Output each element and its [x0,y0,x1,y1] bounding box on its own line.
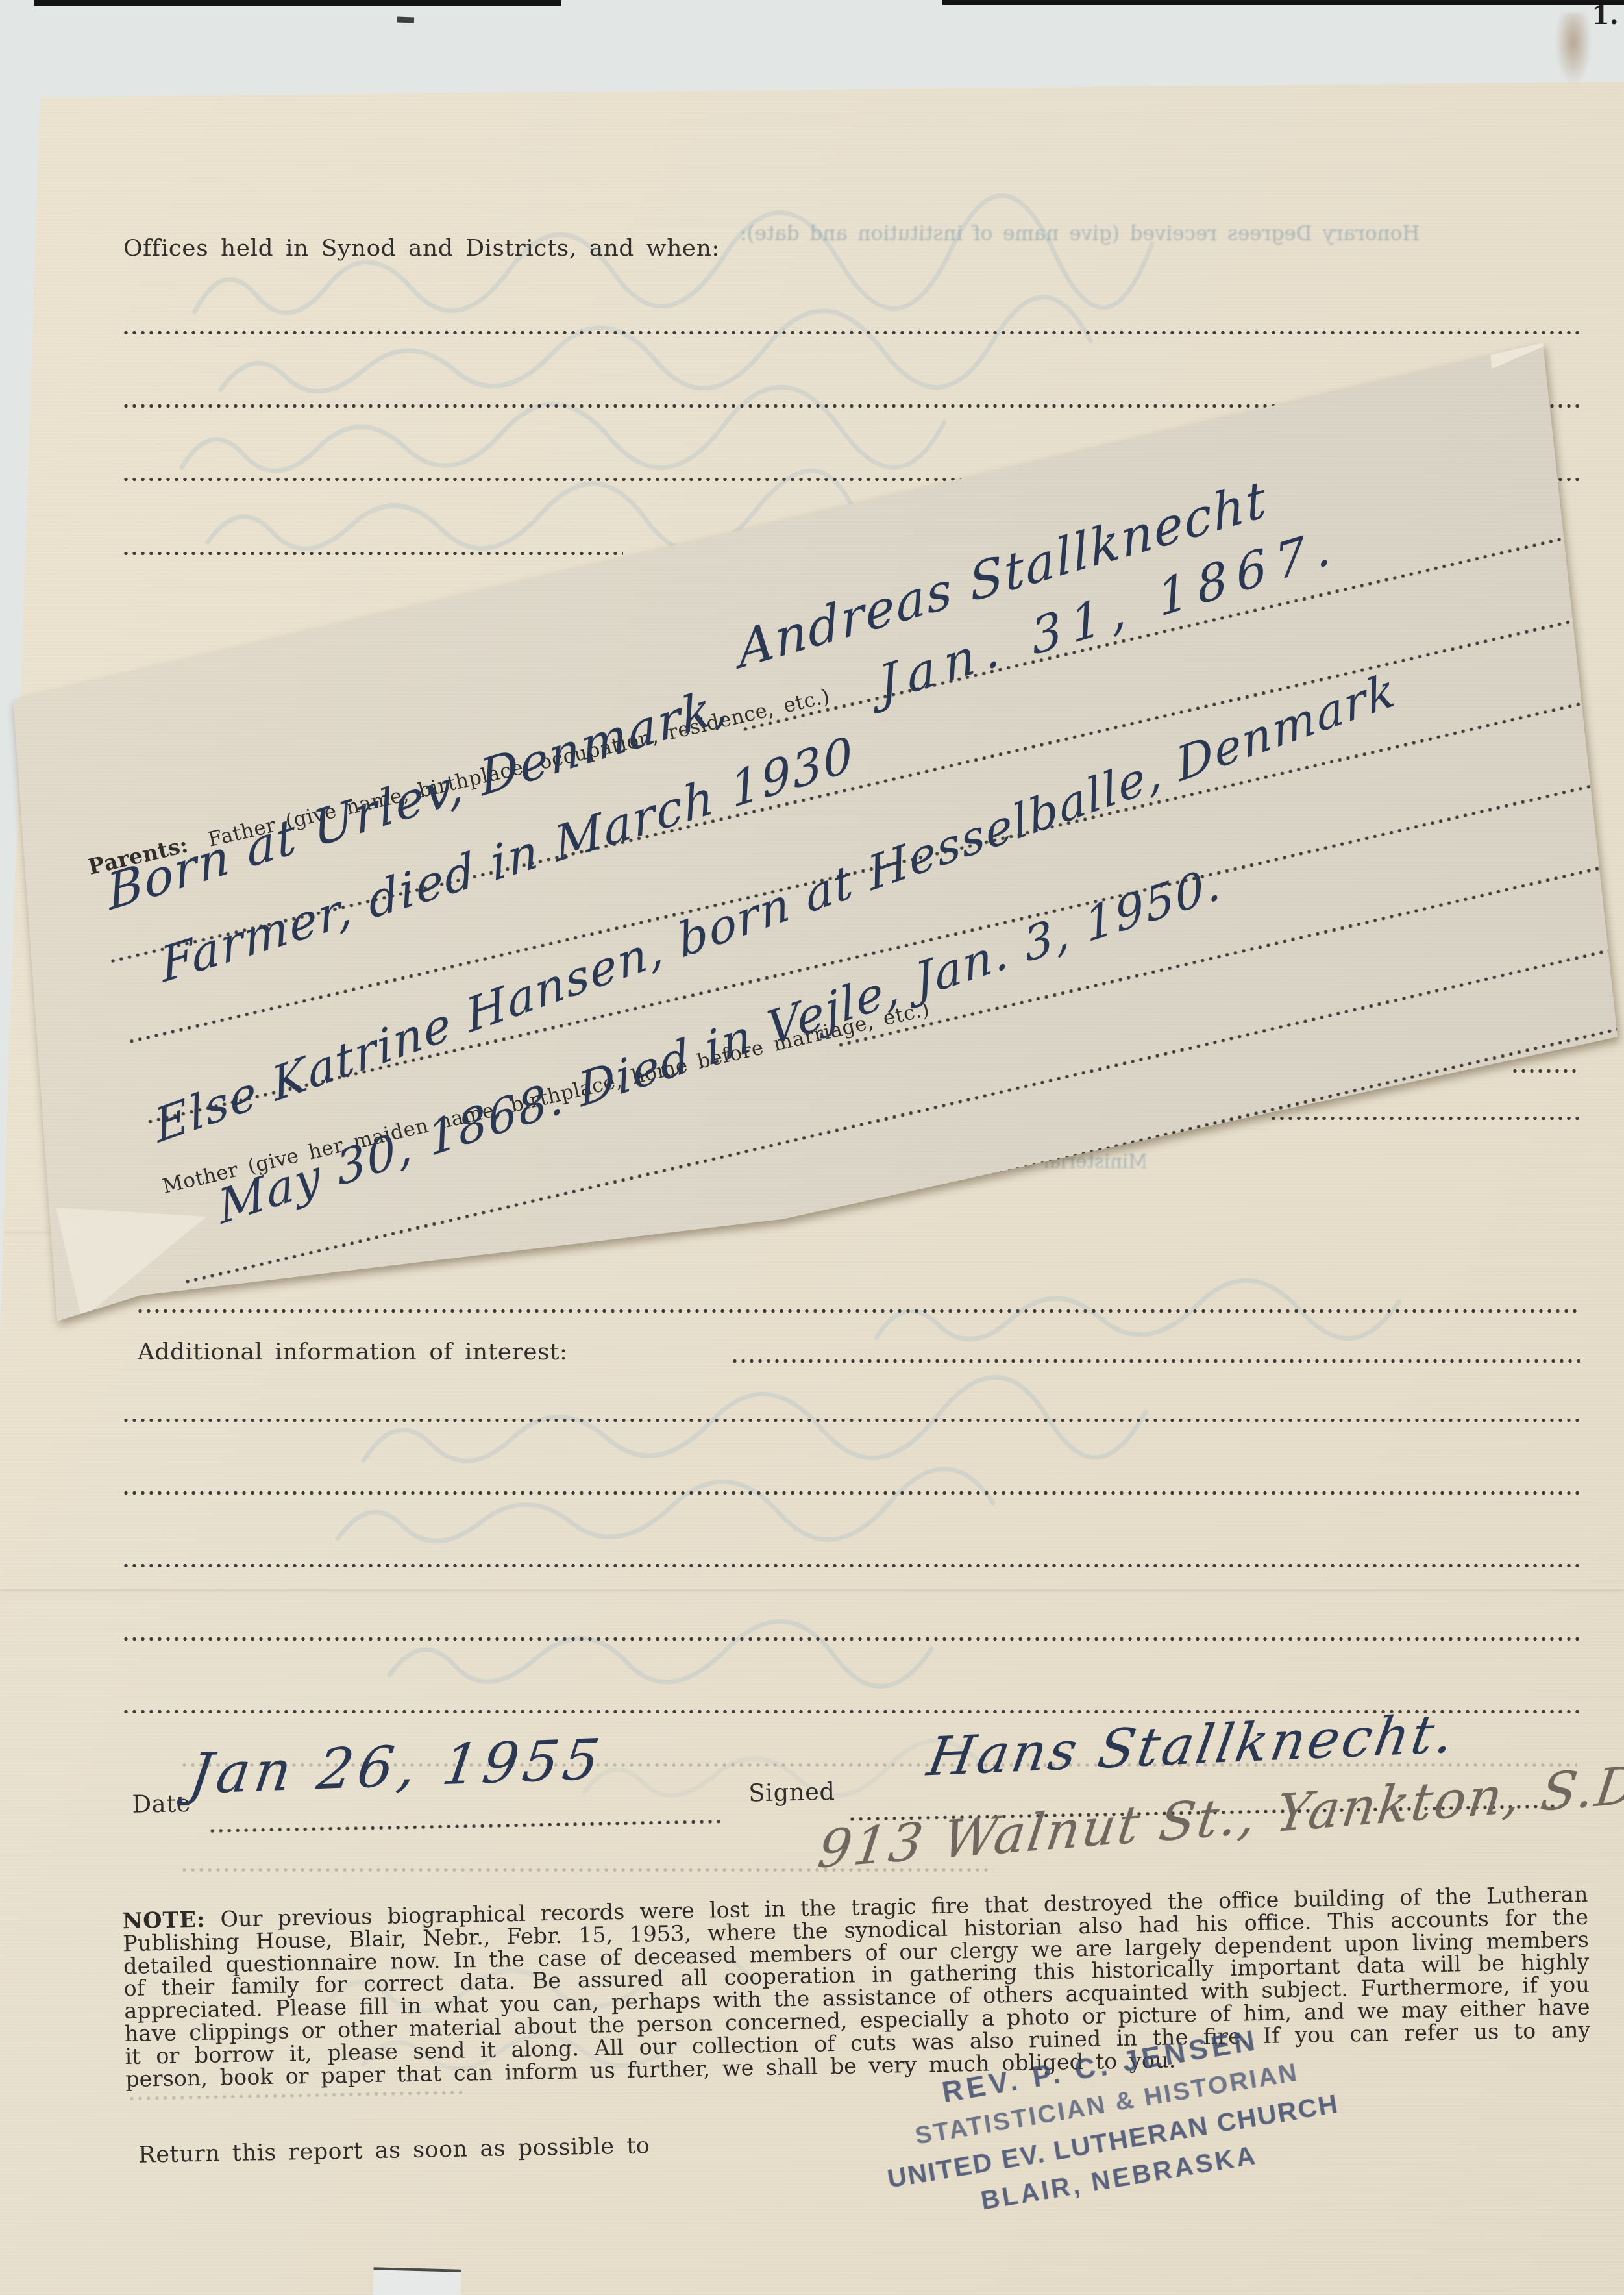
scan-smudge [1555,13,1592,86]
scan-edge-bar [942,0,1624,5]
scanned-document: { "scan": { "corner_mark": "1." }, "form… [0,0,1624,2295]
scan-bottom-notch [373,2267,461,2295]
overlaid-paper-slip: Parents: Father (give name, birthplace, … [0,0,1624,2295]
slip-paper: Parents: Father (give name, birthplace, … [0,0,1624,2295]
scan-edge-bar [34,0,561,6]
scan-debris-mark [397,17,414,23]
slip-dotted-line [357,1010,1624,1326]
slip-content: Parents: Father (give name, birthplace, … [13,338,1624,1395]
page-corner-mark: 1. [1592,0,1619,31]
